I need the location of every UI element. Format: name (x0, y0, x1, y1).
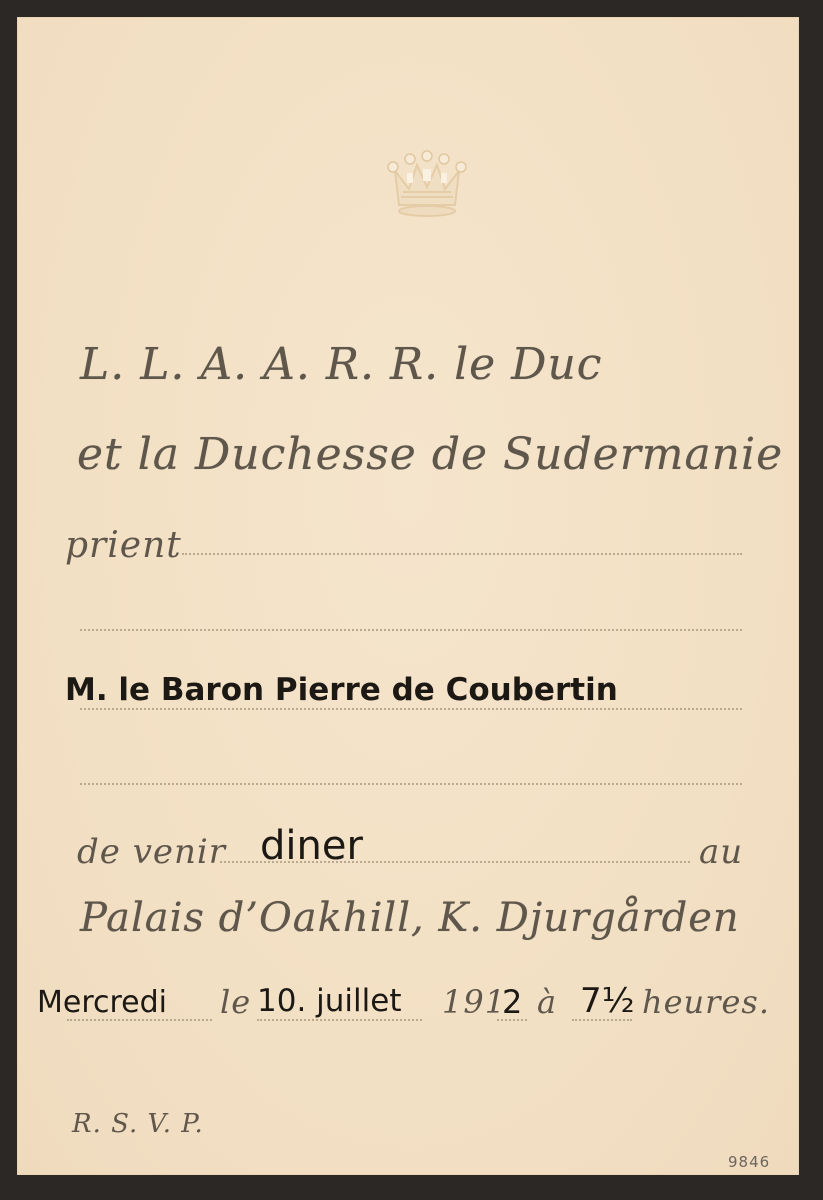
dotted-rule-date-3 (497, 1019, 527, 1021)
de-venir-label: de venir (77, 832, 226, 872)
prient-label: prient (65, 525, 182, 566)
dotted-rule-4 (80, 783, 742, 785)
year-printed: 191 (442, 983, 506, 1021)
heures-label: heures. (642, 983, 770, 1021)
heading-line-2: et la Duchesse de Sudermanie (77, 429, 783, 480)
dotted-rule-3 (80, 708, 742, 710)
au-label: au (699, 832, 743, 872)
dotted-rule-date-2 (257, 1019, 422, 1021)
dotted-rule-5 (220, 861, 690, 863)
venue: Palais d’Oakhill, K. Djurgården (80, 895, 740, 941)
weekday-handwritten: Mercredi (37, 985, 167, 1020)
guest-name: M. le Baron Pierre de Coubertin (65, 672, 618, 708)
dotted-rule-date-1 (67, 1019, 212, 1021)
le-label: le (220, 983, 251, 1021)
heading-line-1: L. L. A. A. R. R. le Duc (80, 339, 602, 390)
dotted-rule-1 (182, 553, 742, 555)
invitation-card: L. L. A. A. R. R. le Duc et la Duchesse … (17, 17, 799, 1175)
hour-handwritten: 7½ (580, 981, 635, 1021)
a-label: à (537, 983, 557, 1021)
year-handwritten: 2 (502, 983, 522, 1021)
rsvp-label: R. S. V. P. (72, 1109, 204, 1139)
archive-number: 9846 (728, 1153, 770, 1171)
crown-icon (377, 147, 477, 222)
dotted-rule-date-4 (572, 1019, 632, 1021)
date-handwritten: 10. juillet (257, 983, 401, 1019)
dotted-rule-2 (80, 629, 742, 631)
